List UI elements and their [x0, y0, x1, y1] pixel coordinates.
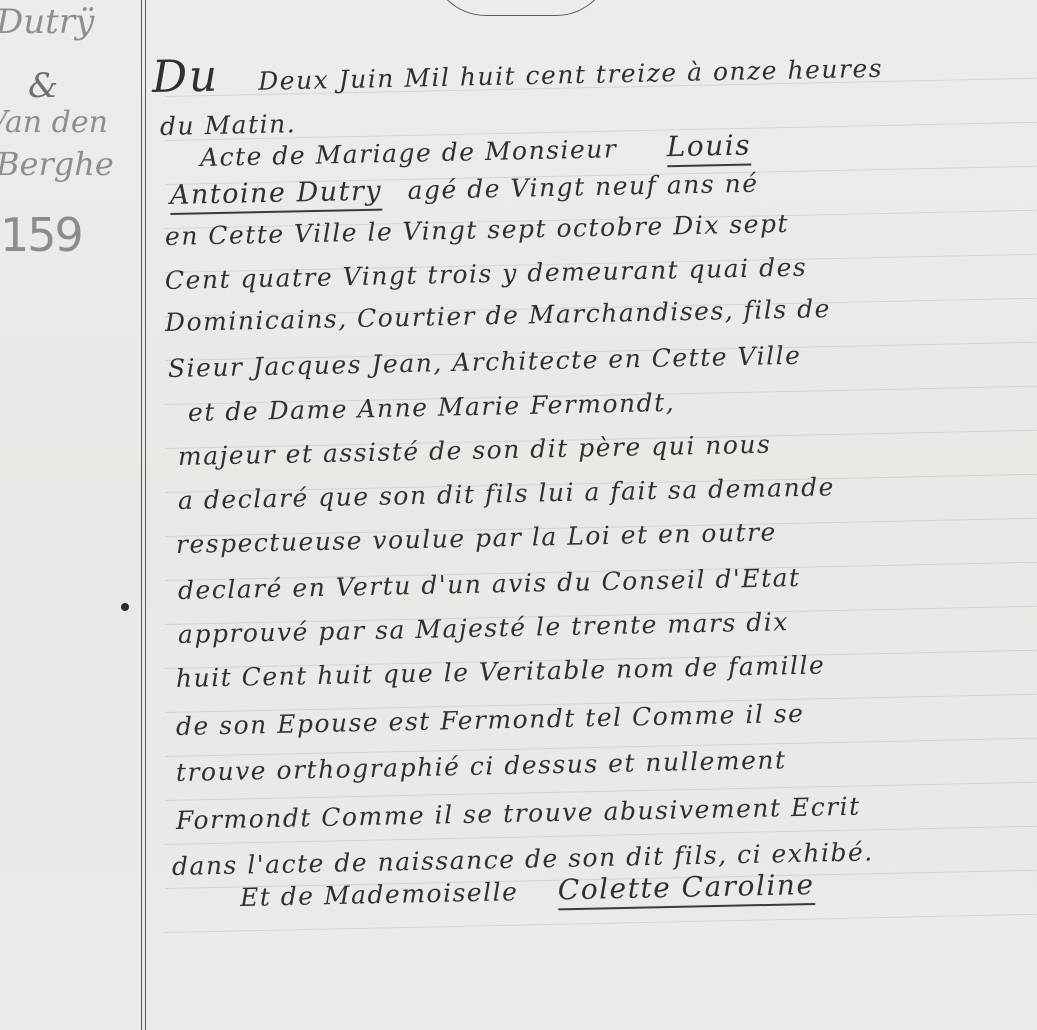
line-4: Antoine Dutry agé de Vingt neuf ans né — [170, 168, 759, 211]
margin-name-dutry: Dutrÿ — [0, 2, 94, 42]
entry-number: 159 — [0, 208, 82, 262]
line-12: respectueuse voulue par la Loi et en out… — [176, 517, 777, 559]
line-text: agé de Vingt neuf ans né — [407, 169, 759, 205]
groom-first-name: Louis — [666, 128, 751, 167]
line-15: huit Cent huit que le Veritable nom de f… — [176, 650, 826, 693]
line-9: et de Dame Anne Marie Fermondt, — [188, 388, 676, 427]
register-page: Dutrÿ & Van den Berghe 159 Du Deux Juin … — [0, 0, 1037, 1030]
line-6: Cent quatre Vingt trois y demeurant quai… — [165, 253, 808, 295]
groom-name: Antoine Dutry — [170, 176, 383, 215]
line-16: de son Epouse est Fermondt tel Comme il … — [176, 699, 805, 741]
margin-line-right — [145, 0, 146, 1030]
line-7: Dominicains, Courtier de Marchandises, f… — [165, 294, 832, 337]
ruled-line — [165, 914, 1037, 933]
margin-ampersand: & — [28, 66, 58, 106]
margin-line-left — [141, 0, 142, 1030]
opening-du: Du — [151, 51, 219, 103]
ink-dot — [121, 603, 129, 611]
line-8: Sieur Jacques Jean, Architecte en Cette … — [168, 341, 802, 383]
line-10: majeur et assisté de son dit père qui no… — [178, 430, 772, 471]
line-text: Deux Juin Mil huit cent treize à onze he… — [258, 54, 883, 96]
line-11: a declaré que son dit fils lui a fait sa… — [178, 472, 836, 515]
line-13: declaré en Vertu d'un avis du Conseil d'… — [178, 563, 801, 605]
margin-name-berghe: Berghe — [0, 145, 114, 183]
line-2: du Matin. — [160, 109, 297, 141]
line-5: en Cette Ville le Vingt sept octobre Dix… — [165, 209, 790, 251]
margin-name-van-den: Van den — [0, 105, 108, 140]
decorative-arc — [430, 0, 612, 16]
line-text: Et de Mademoiselle — [240, 877, 519, 912]
line-14: approuvé par sa Majesté le trente mars d… — [178, 607, 789, 649]
bride-name: Colette Caroline — [557, 868, 814, 910]
line-text: Acte de Mariage de Monsieur — [200, 134, 618, 172]
line-1: Du Deux Juin Mil huit cent treize à onze… — [151, 37, 883, 103]
line-17: trouve orthographié ci dessus et nulleme… — [176, 745, 787, 787]
